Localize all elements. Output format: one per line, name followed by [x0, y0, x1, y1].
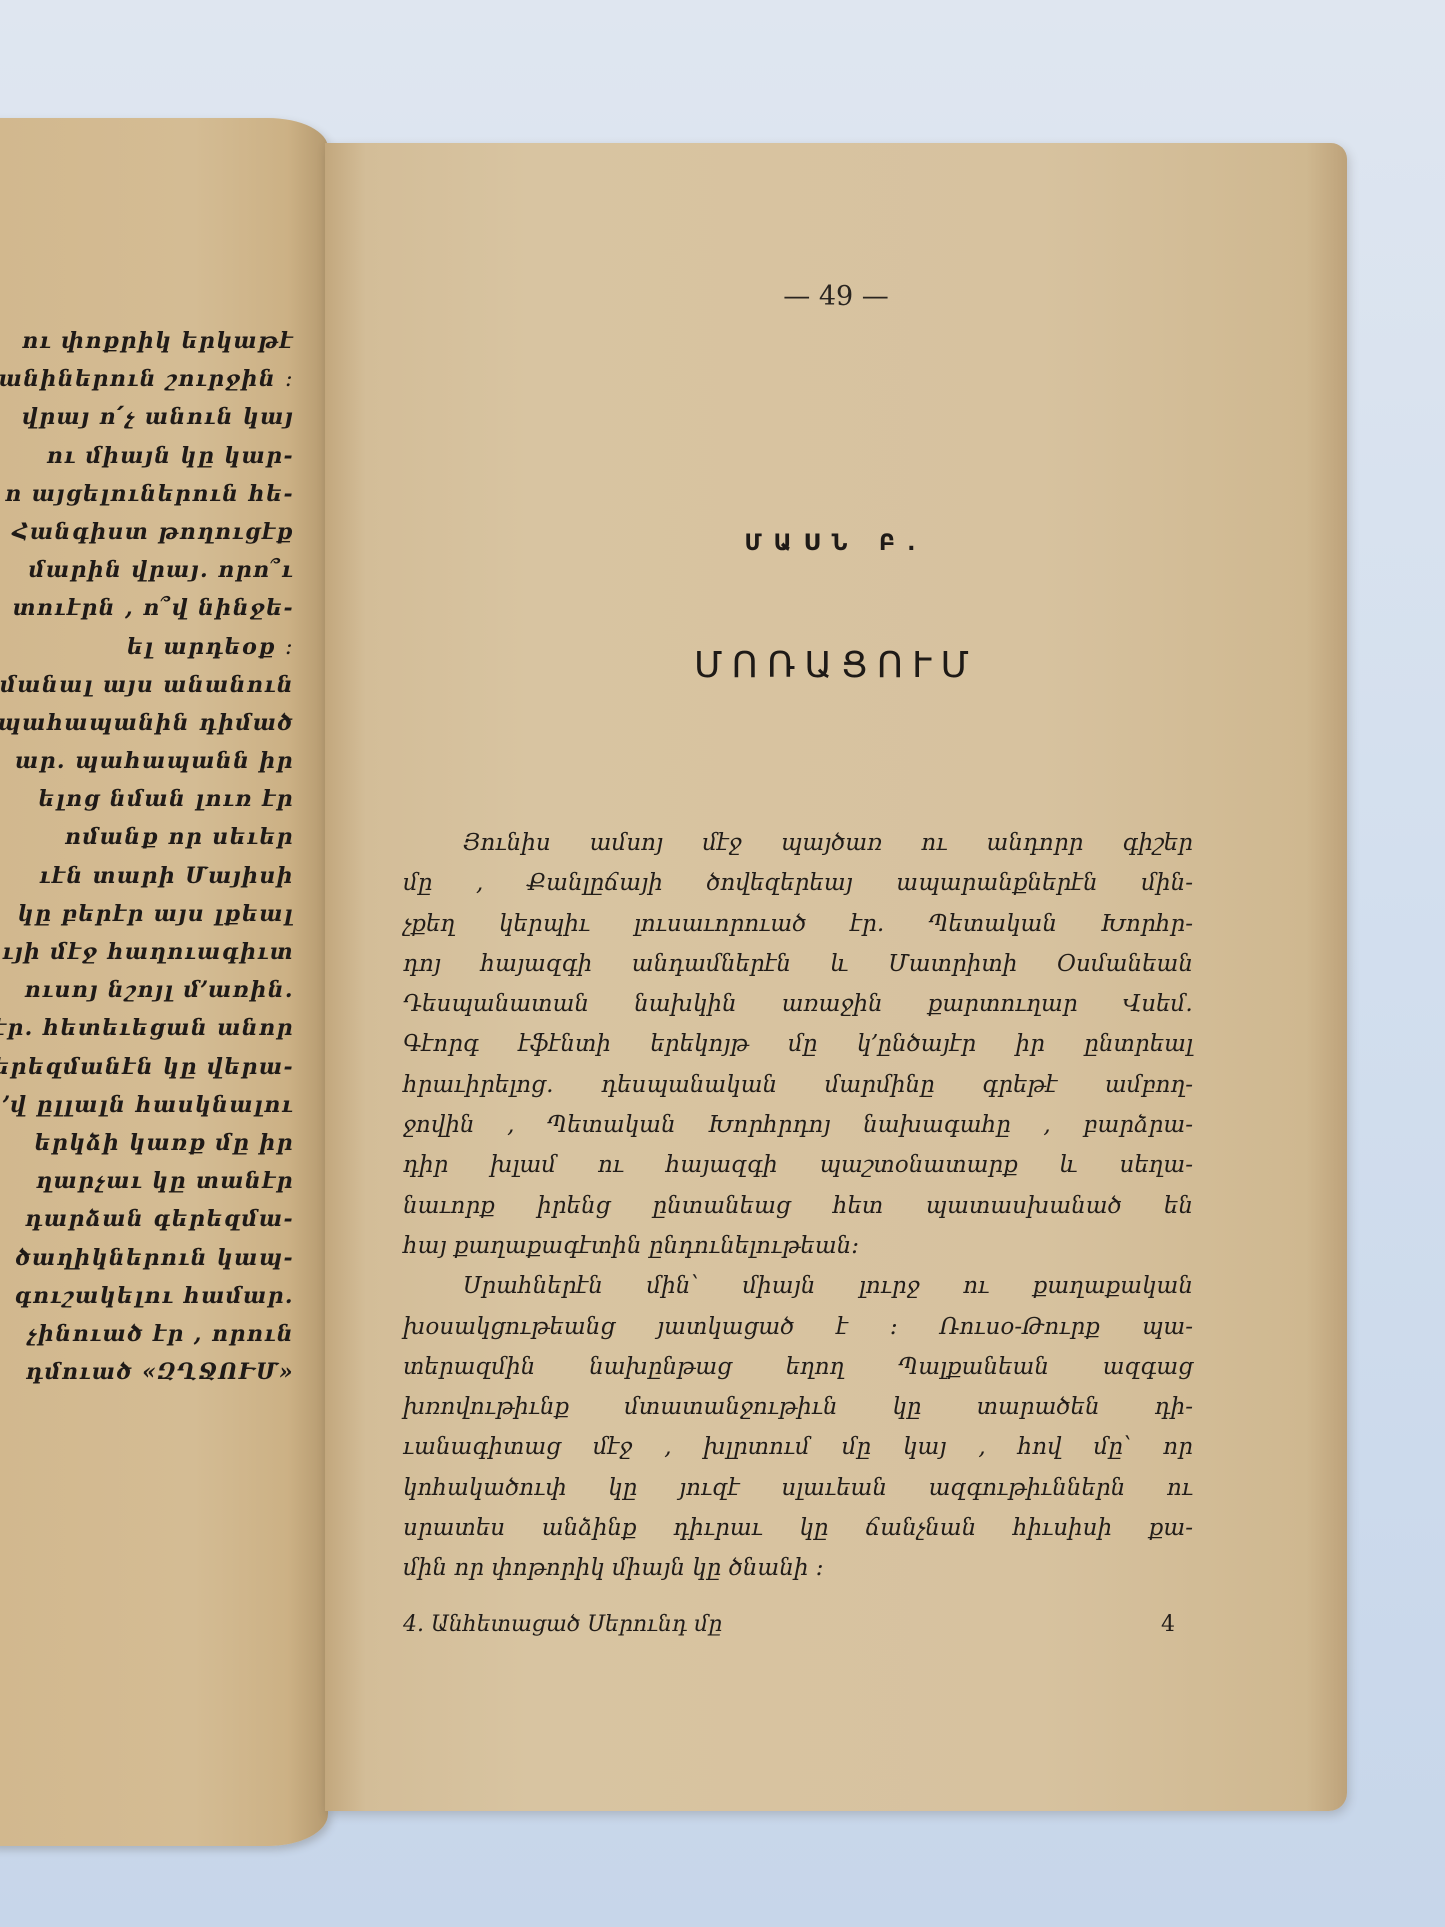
left-page: ու փոքրիկ երկաթէ անիներուն շուրջին ։ վրա… — [0, 118, 328, 1846]
text-line: դարձան գերեզմա- — [0, 1204, 294, 1234]
paragraph-line: նաւորք իրենց ընտանեաց հետ պատասխանած են — [403, 1190, 1193, 1222]
text-line: ուսոյ նշոյլ մ՚առին․ — [0, 975, 294, 1005]
paragraph-line: ւանագիտաց մէջ , խլրտում մը կայ , հով մը՝… — [403, 1431, 1193, 1463]
paragraph-line: խօսակցութեանց յատկացած է ։ Ռուսօ-Թուրք պ… — [403, 1311, 1193, 1343]
text-line: ել արդեօք ։ — [0, 632, 294, 662]
text-line: երկձի կառք մը իր — [0, 1128, 294, 1158]
text-line: ւէն տարի Մայիսի — [0, 861, 294, 891]
paragraph-line: սրատես անձինք դիւրաւ կը ճանչնան հիւսիսի … — [403, 1512, 1193, 1544]
paragraph-line: Գէորգ էֆէնտի երեկոյթ մը կ՚ընծայէր իր ընտ… — [403, 1028, 1193, 1060]
signature-mark: 4 — [1161, 1612, 1175, 1637]
paragraph-line: հրաւիրելոց․ դեսպանական մարմինը գրեթէ ամբ… — [403, 1069, 1193, 1101]
page-number: — 49 — — [325, 281, 1347, 312]
body-text: Յունիս ամսոյ մէջ պայծառ ու անդորր գիշեր … — [403, 827, 1193, 1593]
paragraph-line: հայ քաղաքագէտին ընդունելութեան։ — [403, 1230, 1193, 1262]
text-line: տուէրն , ո՞վ նինջե- — [0, 593, 294, 623]
paragraph-line: Դեսպանատան նախկին առաջին քարտուղար Վսեմ․ — [403, 988, 1193, 1020]
paragraph-line: ջովին , Պետական Խորհրդոյ նախագահը , բարձ… — [403, 1109, 1193, 1141]
left-page-text: ու փոքրիկ երկաթէ անիներուն շուրջին ։ վրա… — [0, 326, 294, 1395]
paragraph-line: չքեղ կերպիւ լուսաւորուած էր․ Պետական Խոր… — [403, 908, 1193, 940]
text-line: ու փոքրիկ երկաթէ — [0, 326, 294, 356]
paragraph-line: մին որ փոթորիկ միայն կը ծնանի ։ — [403, 1552, 1193, 1584]
part-heading: ՄԱՍՆ Բ. — [325, 531, 1347, 556]
text-line: Հանգիստ թողուցէք — [0, 517, 294, 547]
paragraph-line: դիր խլամ ու հայազգի պաշտօնատարք և սեղա- — [403, 1149, 1193, 1181]
chapter-title: ՄՈՌԱՑՈՒՄ — [325, 645, 1347, 686]
paragraph-line: տերազմին նախընթաց եղող Պալքանեան ազգաց — [403, 1351, 1193, 1383]
paragraph-line: Սրահներէն մին՝ միայն լուրջ ու քաղաքական — [403, 1270, 1193, 1302]
paragraph-line: Յունիս ամսոյ մէջ պայծառ ու անդորր գիշեր — [403, 827, 1193, 859]
text-line: ծաղիկներուն կապ- — [0, 1243, 294, 1273]
paragraph-line: մը , Քանլըճայի ծովեզերեայ ապարանքներէն մ… — [403, 867, 1193, 899]
text-line: ու միայն կը կար- — [0, 441, 294, 471]
paragraph-line: կոհակածուփ կը յուզէ սլաւեան ազգութիւններ… — [403, 1472, 1193, 1504]
text-line: ար․ պահապանն իր — [0, 746, 294, 776]
text-line: ո այցելուներուն հե- — [0, 479, 294, 509]
text-line: ղարչաւ կը տանէր — [0, 1166, 294, 1196]
text-line: անիներուն շուրջին ։ — [0, 364, 294, 394]
text-line: էր․ հետեւեցան անոր — [0, 1013, 294, 1043]
text-line: մարին վրայ․ որո՞ւ — [0, 555, 294, 585]
paragraph-line: խռովութիւնք մտատանջութիւն կը տարածեն դի- — [403, 1391, 1193, 1423]
signature-line: 4. Անհետացած Սերունդ մը — [403, 1612, 722, 1637]
right-page: — 49 — ՄԱՍՆ Բ. ՄՈՌԱՑՈՒՄ Յունիս ամսոյ մէջ… — [325, 143, 1347, 1811]
text-line: ելոց նման լուռ էր — [0, 784, 294, 814]
text-line: գուշակելու համար․ — [0, 1281, 294, 1311]
page-footer: 4. Անհետացած Սերունդ մը 4 — [403, 1612, 1175, 1637]
text-line: դմուած «ԶՂՋՈՒՄ» — [0, 1357, 294, 1387]
text-line: մանալ այս անանուն — [0, 670, 294, 700]
text-line: ոմանք որ սեւեր — [0, 822, 294, 852]
text-line: ՚վ ըլլալն հասկնալու — [0, 1090, 294, 1120]
text-line: երեզմանէն կը վերա- — [0, 1052, 294, 1082]
text-line: չինուած էր , որուն — [0, 1319, 294, 1349]
text-line: պահապանին դիմած — [0, 708, 294, 738]
text-line: ւյի մէջ հաղուագիւտ — [0, 937, 294, 967]
text-line: վրայ ո՛չ անուն կայ — [0, 402, 294, 432]
paragraph-line: դոյ հայազգի անդամներէն և Մատրիտի Օսմանեա… — [403, 948, 1193, 980]
text-line: կը բերէր այս լքեալ — [0, 899, 294, 929]
